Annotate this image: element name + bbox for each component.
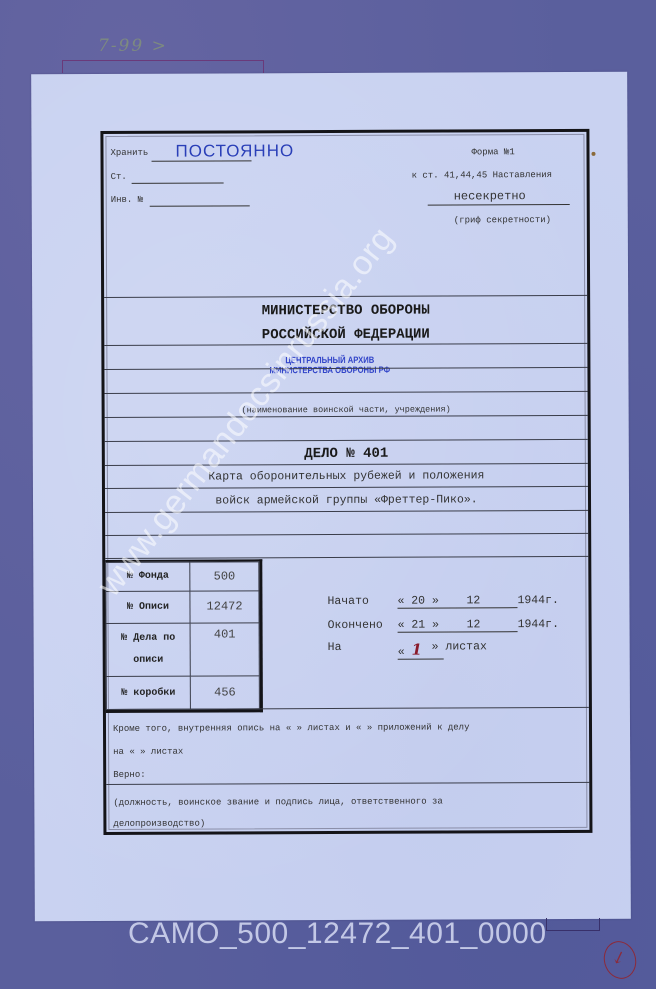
inv-label: Инв. № bbox=[111, 195, 143, 205]
secrecy-value: несекретно bbox=[454, 189, 526, 203]
sheets-suffix: » листах bbox=[432, 640, 487, 653]
secrecy-caption: (гриф секретности) bbox=[454, 215, 551, 225]
ended-day: « 21 » bbox=[398, 619, 439, 632]
started-month: 12 bbox=[466, 594, 480, 607]
delo-value: 401 bbox=[190, 623, 259, 676]
rule-line bbox=[105, 439, 588, 442]
box-label: № коробки bbox=[106, 676, 190, 709]
ended-year: 1944г. bbox=[518, 618, 559, 631]
ended-label: Окончено bbox=[328, 619, 383, 632]
form-number: Форма №1 bbox=[471, 147, 514, 157]
sheets-open-quote: « bbox=[398, 646, 405, 659]
table-row: № Описи 12472 bbox=[106, 590, 259, 624]
responsible-line-1: (должность, воинское звание и подпись ли… bbox=[113, 797, 443, 808]
started-label: Начато bbox=[327, 595, 368, 608]
inv-field bbox=[150, 205, 250, 206]
started-day-month: « 20 » 12 bbox=[397, 594, 517, 609]
verified-label: Верно: bbox=[113, 770, 145, 780]
document-page: Хранить ПОСТОЯННО Форма №1 Ст. к ст. 41,… bbox=[31, 72, 631, 922]
secrecy-underline bbox=[428, 204, 570, 206]
started-day: « 20 » bbox=[397, 595, 438, 608]
folder-outline-bottom bbox=[546, 918, 600, 931]
paper-speck bbox=[591, 152, 595, 156]
fond-value: 500 bbox=[190, 562, 259, 591]
box-value: 456 bbox=[190, 676, 259, 709]
started-year: 1944г. bbox=[517, 594, 558, 607]
regulation-ref: к ст. 41,44,45 Наставления bbox=[412, 170, 552, 181]
rule-line bbox=[105, 391, 588, 394]
rule-line bbox=[105, 533, 588, 536]
st-label: Ст. bbox=[111, 172, 127, 182]
rule-line bbox=[106, 782, 589, 785]
inventory-line-1: Кроме того, внутренняя опись на « » лист… bbox=[113, 722, 470, 734]
ministry-line-2: РОССИЙСКОЙ ФЕДЕРАЦИИ bbox=[104, 326, 587, 344]
responsible-line-2: делопроизводство) bbox=[113, 819, 205, 829]
case-title: ДЕЛО № 401 bbox=[105, 445, 588, 463]
rule-line bbox=[105, 556, 588, 559]
st-field bbox=[132, 182, 224, 183]
started-date: Начато « 20 » 12 1944г. bbox=[327, 595, 368, 608]
ended-day-month: « 21 » 12 bbox=[398, 618, 518, 633]
table-row: № Дела по описи 401 bbox=[106, 623, 259, 676]
pencil-margin-note: 7-99 > bbox=[98, 36, 168, 56]
unit-caption: (наименование воинской части, учреждения… bbox=[105, 404, 588, 416]
sheets-label: На bbox=[328, 641, 342, 654]
folder-outline bbox=[62, 60, 264, 73]
ended-month: 12 bbox=[467, 618, 481, 631]
inventory-line-2: на « » листах bbox=[113, 747, 183, 757]
rule-line bbox=[105, 463, 588, 466]
sheets-handwritten: 1 bbox=[411, 641, 422, 659]
sheets-count: На « 1 » листах bbox=[328, 641, 342, 654]
table-row: № коробки 456 bbox=[106, 676, 259, 710]
file-id-label: CAMO_500_12472_401_0000 bbox=[128, 917, 547, 951]
ended-date: Окончено « 21 » 12 1944г. bbox=[328, 619, 383, 632]
keep-label: Хранить bbox=[110, 148, 148, 158]
opis-value: 12472 bbox=[190, 590, 259, 623]
delo-label: № Дела по описи bbox=[106, 624, 190, 677]
keep-stamp: ПОСТОЯННО bbox=[175, 141, 294, 162]
